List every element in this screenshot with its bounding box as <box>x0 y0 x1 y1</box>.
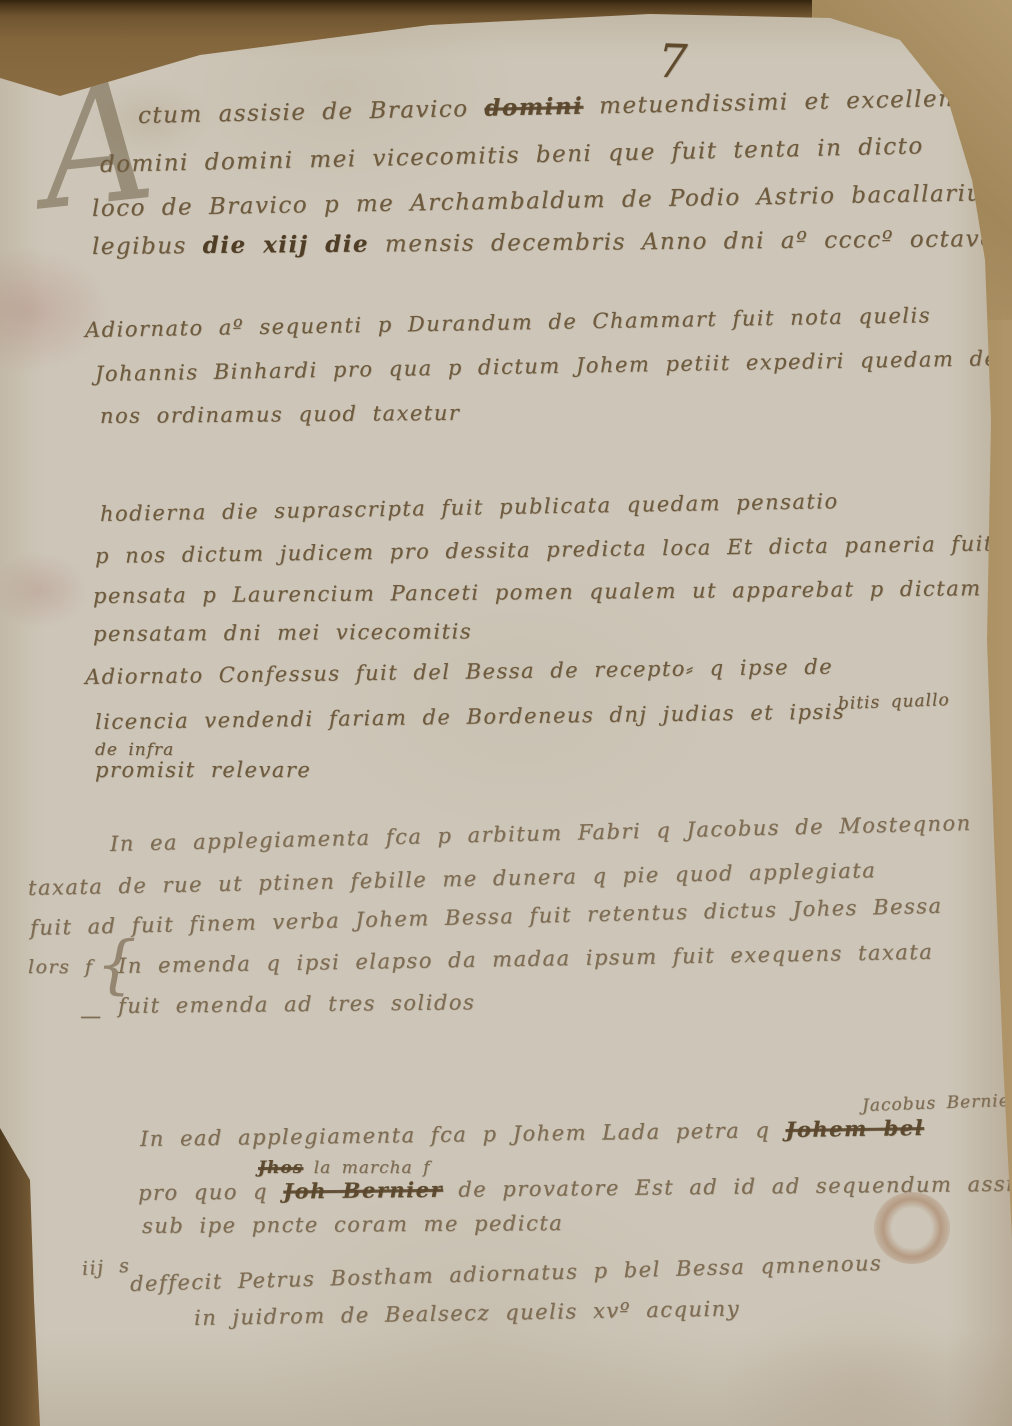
manuscript-line: hodierna die suprascripta fuit publicata… <box>100 489 839 526</box>
water-stain-ring <box>874 1192 950 1264</box>
manuscript-photo: 7 A ctum assisie de Bravico domini metue… <box>0 0 1012 1426</box>
manuscript-line: nos ordinamus quod taxetur <box>100 401 461 428</box>
manuscript-line: fuit ad fuit finem verba Johem Bessa fui… <box>30 894 943 940</box>
ink-blot <box>50 75 54 79</box>
reinforced-text: die xiij die <box>203 231 370 259</box>
struck-text: domini <box>484 93 584 122</box>
manuscript-line: promisit relevare <box>95 758 311 782</box>
interlinear-note: Jhos la marcha f <box>258 1158 430 1178</box>
line-segment: legibus <box>92 233 187 260</box>
margin-note: iij s <box>81 1255 131 1280</box>
manuscript-line: pensata p Laurencium Panceti pomen quale… <box>93 576 982 608</box>
manuscript-line: legibus die xiij die mensis decembris An… <box>92 225 996 260</box>
manuscript-line: taxata de rue ut ptinen febille me duner… <box>28 858 877 900</box>
line-segment: pro quo q <box>138 1180 268 1205</box>
line-segment: mensis decembris Anno dni aº ccccº octav… <box>385 226 996 257</box>
manuscript-line: deffecit Petrus Bostham adiornatus p bel… <box>130 1251 883 1296</box>
manuscript-line: In ea applegiamenta fca p arbitum Fabri … <box>110 811 972 856</box>
line-segment: In ead applegiamenta fca p Johem Lada pe… <box>140 1118 771 1151</box>
manuscript-line: de infra <box>95 740 174 760</box>
struck-text: Johem bel <box>785 1115 924 1142</box>
ink-blot <box>118 60 122 64</box>
line-segment: la marcha f <box>314 1158 431 1178</box>
manuscript-page: 7 A ctum assisie de Bravico domini metue… <box>0 0 1012 1426</box>
struck-text: Joh Bernier <box>283 1177 443 1204</box>
manuscript-line: p nos dictum judicem pro dessita predict… <box>95 531 994 568</box>
folio-number: 7 <box>657 34 688 89</box>
interlinear-name: Jacobus Bernier <box>862 1091 1012 1116</box>
manuscript-line: Adiornato aº sequenti p Durandum de Cham… <box>85 303 931 342</box>
manuscript-line: pensatam dni mei vicecomitis <box>93 619 472 646</box>
struck-text: Jhos <box>258 1158 303 1178</box>
manuscript-line: ctum assisie de Bravico domini metuendis… <box>138 83 1012 129</box>
manuscript-line: Johannis Binhardi pro qua p dictum Johem… <box>95 345 1012 386</box>
manuscript-line: fuit emenda ad tres solidos <box>118 990 476 1018</box>
line-segment: ctum assisie de Bravico <box>138 96 469 129</box>
ink-blot <box>46 62 51 67</box>
manuscript-line: loco de Bravico p me Archambaldum de Pod… <box>92 179 1012 222</box>
manuscript-line: In ead applegiamenta fca p Johem Lada pe… <box>140 1115 924 1151</box>
manuscript-line: sub ipe pncte coram me pedicta <box>142 1211 563 1238</box>
manuscript-line: in juidrom de Bealsecz quelis xvº acquin… <box>194 1296 740 1330</box>
manuscript-line: Adiornato Confessus fuit del Bessa de re… <box>85 655 833 690</box>
manuscript-line: licencia vendendi fariam de Bordeneus dn… <box>95 700 846 734</box>
manuscript-line: In emenda q ipsi elapso da madaa ipsum f… <box>118 940 934 978</box>
interlinear-note: bitis quallo <box>838 690 950 714</box>
margin-note: lors f <box>28 956 93 978</box>
ink-smudge <box>27 16 67 61</box>
pen-dash: — <box>80 1004 103 1028</box>
manuscript-line: domini domini mei vicecomitis beni que f… <box>100 133 924 178</box>
